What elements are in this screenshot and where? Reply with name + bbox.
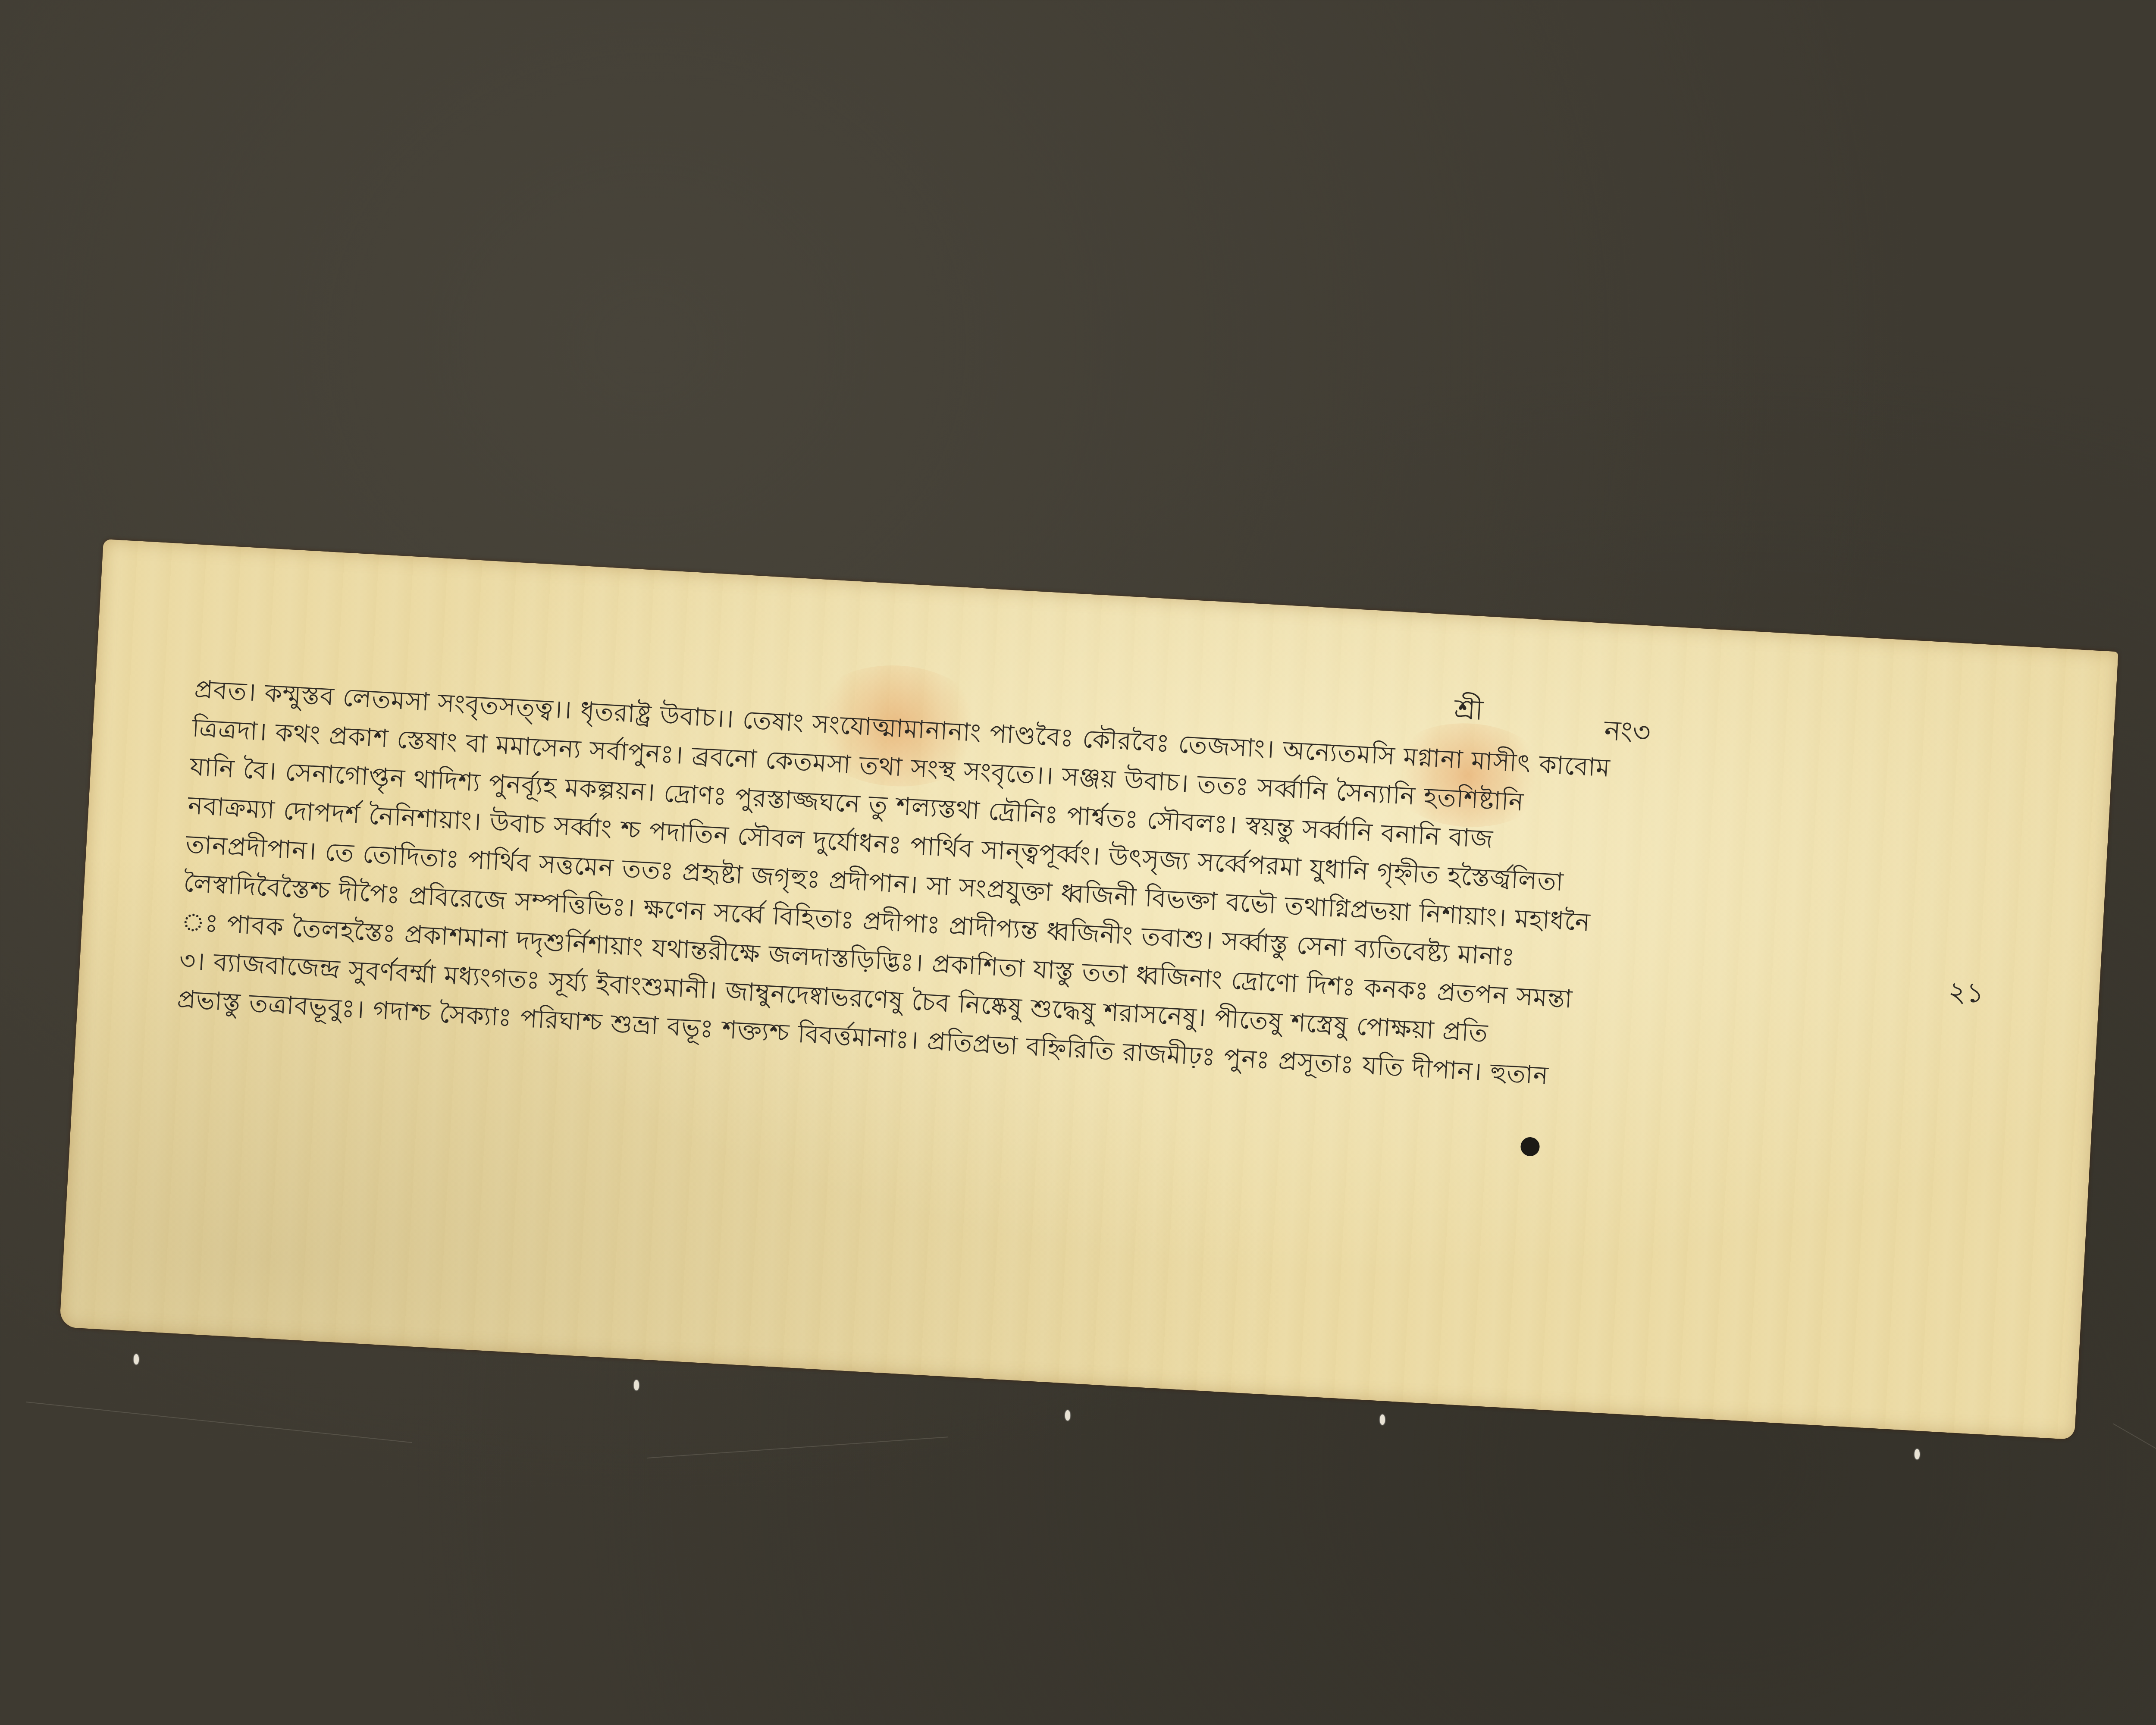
binding-hole <box>1520 1137 1540 1157</box>
header-mark-folio: নং৩ <box>1603 709 1651 758</box>
mounting-pin <box>1915 1449 1920 1459</box>
scratch-mark <box>647 1436 948 1458</box>
margin-page-number: ২১ <box>1947 971 1985 1019</box>
mounting-pin <box>1380 1414 1385 1425</box>
manuscript-leaf: শ্রী নং৩ প্রবত। কম্মুস্তব লেতমসা সংবৃতসত… <box>60 539 2118 1440</box>
header-mark-shri: শ্রী <box>1453 688 1484 736</box>
mounting-pin <box>134 1354 139 1364</box>
mounting-pin <box>1065 1410 1070 1421</box>
mounting-pin <box>634 1380 639 1390</box>
scratch-mark <box>2113 1423 2156 1510</box>
scratch-mark <box>26 1402 412 1443</box>
